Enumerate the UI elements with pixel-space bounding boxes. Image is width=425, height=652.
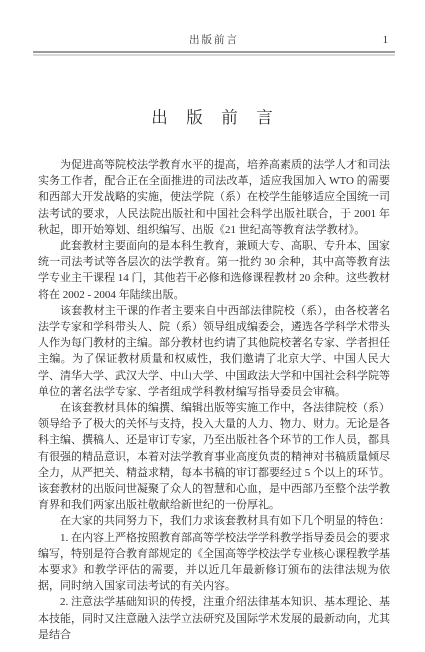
page-title: 出 版 前 言 bbox=[0, 104, 425, 128]
header-rule-bottom-line bbox=[33, 54, 395, 56]
paragraph: 为促进高等院校法学教育水平的提高，培养高素质的法学人才和司法实务工作者，配合正在… bbox=[38, 157, 390, 238]
paragraph: 在该套教材具体的编撰、编辑出版等实施工作中，各法律院校（系）领导给予了极大的关怀… bbox=[38, 400, 390, 513]
paragraph: 在大家的共同努力下，我们力求该套教材具有如下几个明显的特色： bbox=[38, 513, 390, 529]
body-text: 为促进高等院校法学教育水平的提高，培养高素质的法学人才和司法实务工作者，配合正在… bbox=[38, 157, 390, 643]
header-rule bbox=[33, 51, 395, 56]
book-page: 出版前言 1 出 版 前 言 为促进高等院校法学教育水平的提高，培养高素质的法学… bbox=[0, 0, 425, 652]
page-number: 1 bbox=[383, 34, 388, 47]
running-header: 出版前言 1 bbox=[34, 34, 394, 47]
running-title: 出版前言 bbox=[34, 34, 394, 47]
paragraph-list-item: 2. 注意法学基础知识的传授，注重介绍法律基本知识、基本理论、基本技能，同时又注… bbox=[38, 594, 390, 643]
paragraph: 该套教材主干课的作者主要来自中西部法律院校（系），由各校著名法学专家和学科带头人… bbox=[38, 303, 390, 400]
paragraph-list-item: 1. 在内容上严格按照教育部高等学校法学学科教学指导委员会的要求编写，特别是符合… bbox=[38, 530, 390, 595]
paragraph: 此套教材主要面向的是本科生教育，兼顾大专、高职、专升本、国家统一司法考试等各层次… bbox=[38, 238, 390, 303]
